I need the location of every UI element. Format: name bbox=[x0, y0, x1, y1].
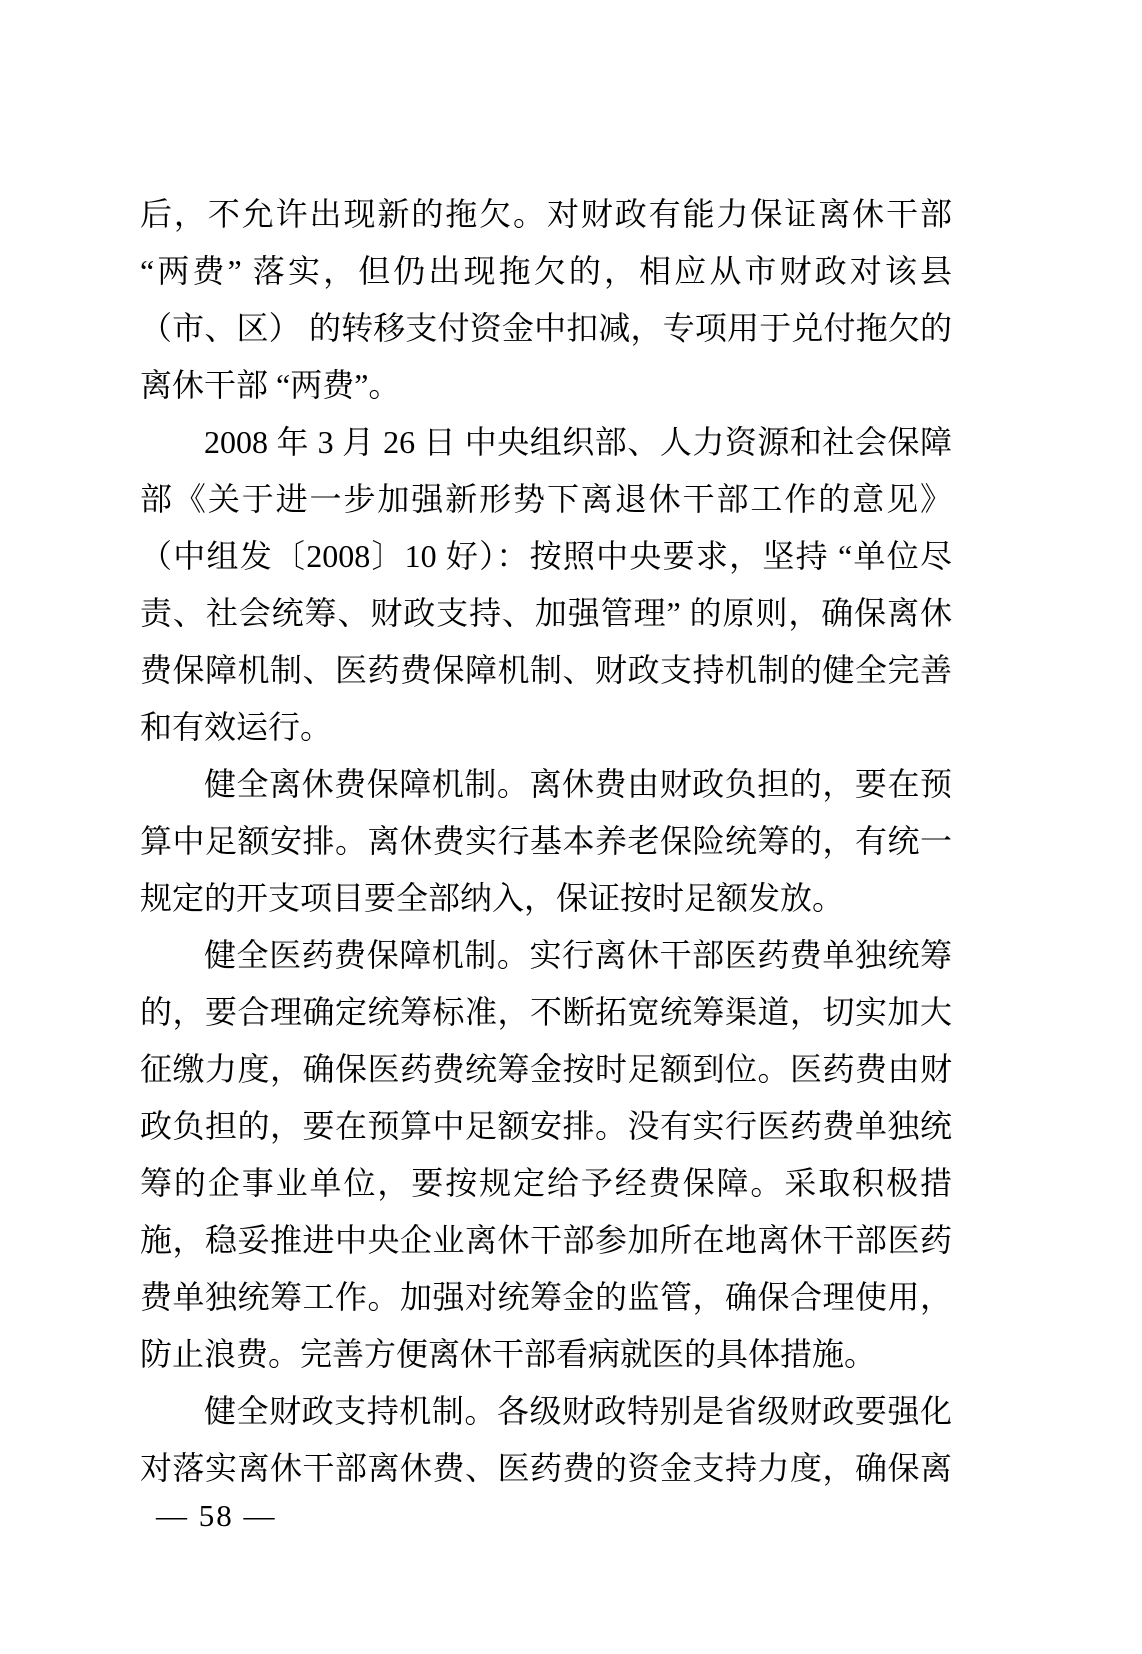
text-line: 征缴力度，确保医药费统筹金按时足额到位。医药费由财 bbox=[140, 1041, 952, 1098]
text-line: 健全离休费保障机制。离休费由财政负担的，要在预 bbox=[140, 756, 952, 813]
text-line: 规定的开支项目要全部纳入，保证按时足额发放。 bbox=[140, 870, 952, 927]
text-line: 健全医药费保障机制。实行离休干部医药费单独统筹 bbox=[140, 927, 952, 984]
text-line: 部《关于进一步加强新形势下离退休干部工作的意见》 bbox=[140, 471, 952, 528]
text-line: 费单独统筹工作。加强对统筹金的监管，确保合理使用， bbox=[140, 1269, 952, 1326]
text-line: 和有效运行。 bbox=[140, 699, 952, 756]
text-line: （中组发〔2008〕10 好）：按照中央要求，坚持 “单位尽 bbox=[140, 528, 952, 585]
document-page: 后，不允许出现新的拖欠。对财政有能力保证离休干部“两费” 落实，但仍出现拖欠的，… bbox=[0, 0, 1142, 1654]
text-line: 责、社会统筹、财政支持、加强管理” 的原则，确保离休 bbox=[140, 585, 952, 642]
text-line: 对落实离休干部离休费、医药费的资金支持力度，确保离 bbox=[140, 1440, 952, 1497]
text-line: 后，不允许出现新的拖欠。对财政有能力保证离休干部 bbox=[140, 186, 952, 243]
text-line: 健全财政支持机制。各级财政特别是省级财政要强化 bbox=[140, 1383, 952, 1440]
text-line: “两费” 落实，但仍出现拖欠的，相应从市财政对该县 bbox=[140, 243, 952, 300]
text-line: 防止浪费。完善方便离休干部看病就医的具体措施。 bbox=[140, 1326, 952, 1383]
text-line: （市、区） 的转移支付资金中扣减，专项用于兑付拖欠的 bbox=[140, 300, 952, 357]
text-line: 政负担的，要在预算中足额安排。没有实行医药费单独统 bbox=[140, 1098, 952, 1155]
text-line: 筹的企事业单位，要按规定给予经费保障。采取积极措 bbox=[140, 1155, 952, 1212]
text-line: 的，要合理确定统筹标准，不断拓宽统筹渠道，切实加大 bbox=[140, 984, 952, 1041]
text-line: 施，稳妥推进中央企业离休干部参加所在地离休干部医药 bbox=[140, 1212, 952, 1269]
text-line: 算中足额安排。离休费实行基本养老保险统筹的，有统一 bbox=[140, 813, 952, 870]
body-text: 后，不允许出现新的拖欠。对财政有能力保证离休干部“两费” 落实，但仍出现拖欠的，… bbox=[140, 186, 952, 1497]
text-line: 2008 年 3 月 26 日 中央组织部、人力资源和社会保障 bbox=[140, 414, 952, 471]
page-number: — 58 — bbox=[156, 1497, 277, 1535]
text-line: 离休干部 “两费”。 bbox=[140, 357, 952, 414]
text-line: 费保障机制、医药费保障机制、财政支持机制的健全完善 bbox=[140, 642, 952, 699]
